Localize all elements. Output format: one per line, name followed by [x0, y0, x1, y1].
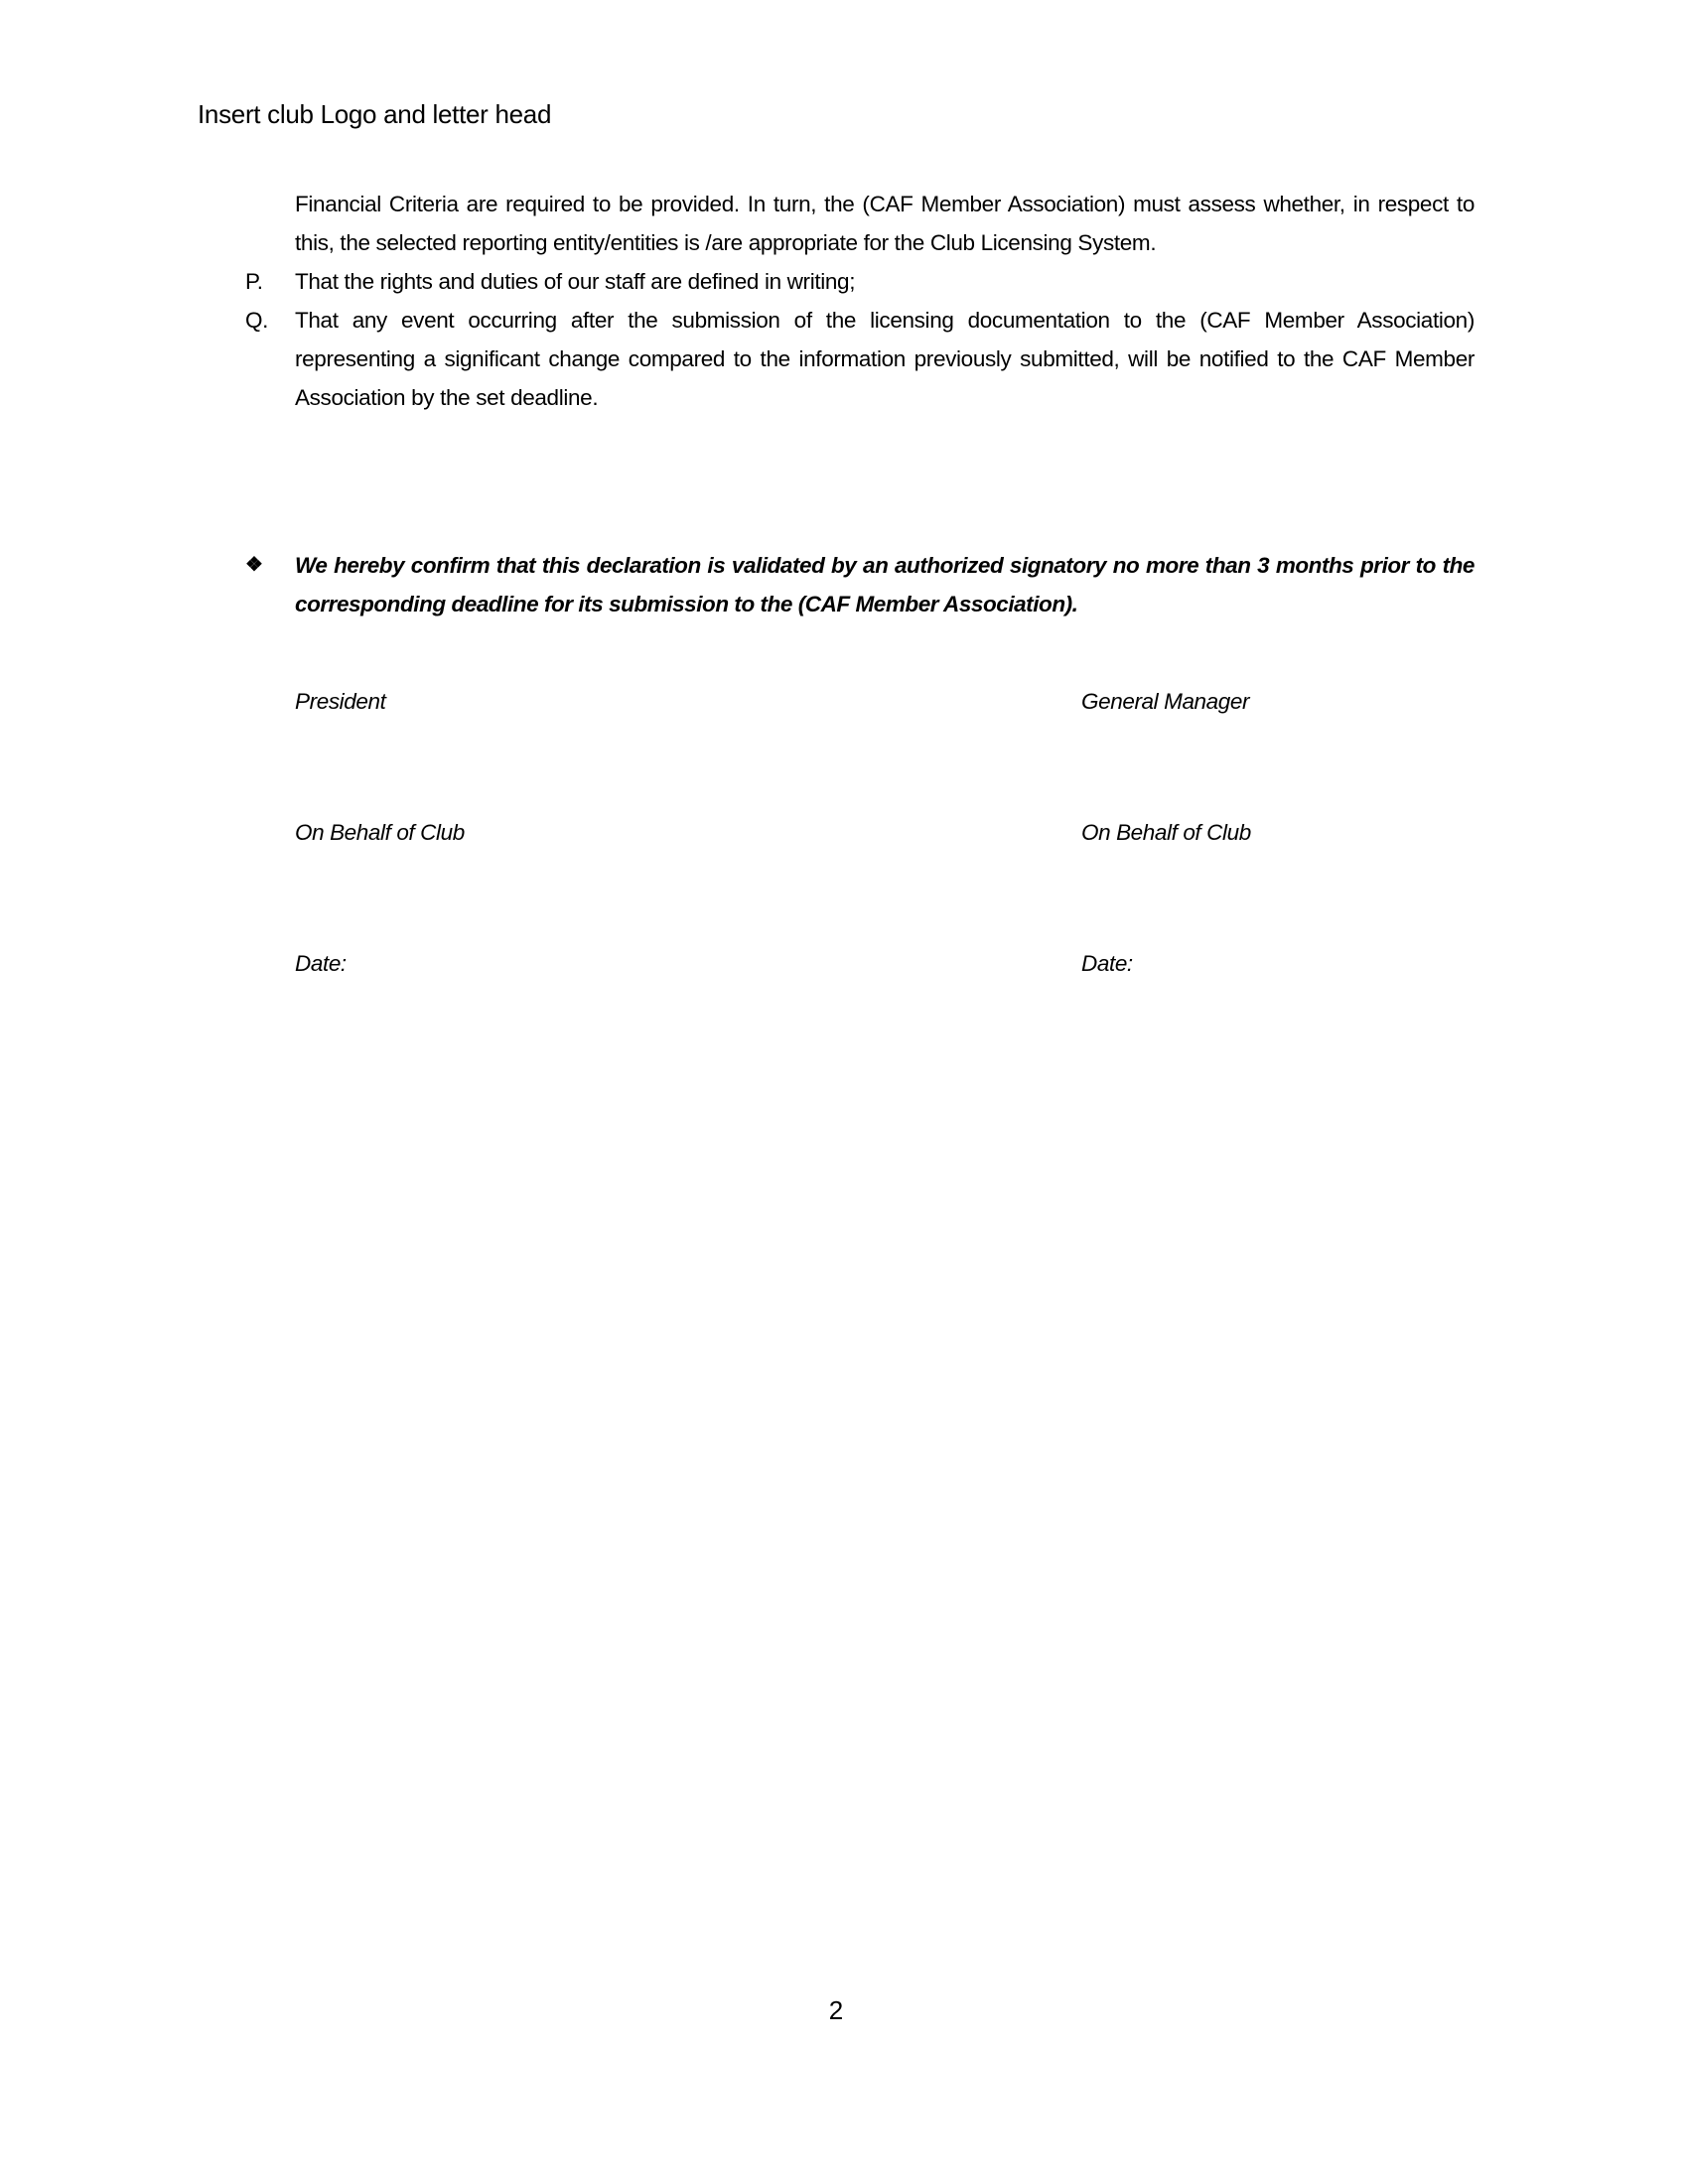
letterhead-placeholder: Insert club Logo and letter head — [198, 99, 551, 130]
list-item-q: Q. That any event occurring after the su… — [295, 301, 1475, 417]
signature-on-behalf-right: On Behalf of Club — [1081, 820, 1251, 846]
page-number: 2 — [0, 1995, 1688, 2026]
list-marker: P. — [245, 262, 263, 301]
page-number-text: 2 — [829, 1995, 843, 2025]
list-item-text: That any event occurring after the submi… — [295, 308, 1475, 410]
continuation-paragraph: Financial Criteria are required to be pr… — [295, 185, 1475, 262]
signature-date-right: Date: — [1081, 951, 1133, 977]
list-item-p: P. That the rights and duties of our sta… — [295, 262, 1475, 301]
declaration-body: Financial Criteria are required to be pr… — [295, 185, 1475, 417]
signature-on-behalf-left: On Behalf of Club — [295, 820, 465, 846]
confirmation-statement: ❖ We hereby confirm that this declaratio… — [295, 546, 1475, 623]
signature-title-general-manager: General Manager — [1081, 689, 1249, 715]
list-item-text: That the rights and duties of our staff … — [295, 269, 855, 294]
signature-date-left: Date: — [295, 951, 347, 977]
confirmation-text: We hereby confirm that this declaration … — [295, 546, 1475, 623]
diamond-bullet-icon: ❖ — [245, 546, 262, 585]
list-marker: Q. — [245, 301, 268, 340]
signature-title-president: President — [295, 689, 385, 715]
